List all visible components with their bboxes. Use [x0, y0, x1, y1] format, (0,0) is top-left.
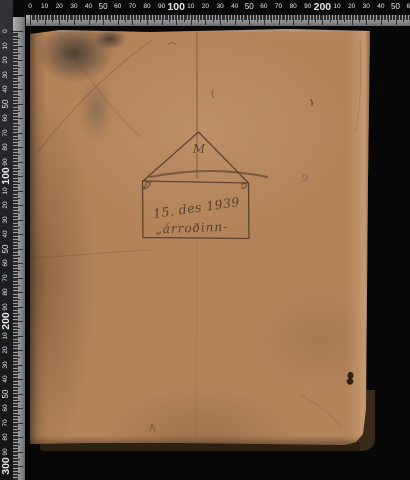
top-ruler-number: 30 — [70, 4, 77, 11]
top-ruler-number: 20 — [348, 4, 355, 11]
left-ruler-number: 40 — [3, 230, 10, 237]
top-ruler-number: 0 — [28, 4, 32, 11]
left-ruler-number: 80 — [3, 143, 10, 150]
title-text: „árroðinn- — [155, 220, 228, 237]
small-pencil-tick — [212, 90, 214, 98]
left-ruler-number: 20 — [3, 56, 10, 63]
top-ruler-number: 30 — [216, 4, 223, 11]
top-ruler-number: 70 — [129, 4, 136, 11]
small-pencil-mark — [150, 424, 155, 431]
left-ruler-number: 30 — [3, 361, 10, 368]
left-ruler-number: 80 — [3, 288, 10, 295]
left-ruler-number: 0 — [3, 29, 10, 33]
ink-blot-bottom — [347, 378, 354, 384]
left-ruler-number: 50 — [2, 244, 10, 253]
right-fold-crease — [356, 40, 361, 130]
left-ruler-number: 90 — [3, 158, 10, 165]
left-ruler-number: 60 — [3, 114, 10, 121]
smudged-line — [150, 171, 267, 177]
top-ruler-number: 30 — [363, 4, 370, 11]
corner-crease — [300, 395, 342, 428]
left-ruler-number: 60 — [3, 404, 10, 411]
left-ruler-number: 50 — [2, 389, 10, 398]
top-ruler-number: 20 — [56, 4, 63, 11]
left-ruler-number: 30 — [3, 216, 10, 223]
left-ruler-number: 10 — [3, 332, 10, 339]
left-ruler-number: 90 — [3, 448, 10, 455]
top-ruler-number: 10 — [41, 4, 48, 11]
top-ruler-number: 40 — [377, 4, 384, 11]
left-ruler-number: 60 — [3, 259, 10, 266]
top-ruler-number: 80 — [143, 4, 150, 11]
left-ruler-number: 20 — [3, 346, 10, 353]
center-fold-crease-lower — [196, 240, 197, 438]
left-ruler-number: 40 — [3, 85, 10, 92]
small-pencil-tick — [168, 43, 176, 45]
top-ruler-number: 200 — [314, 2, 332, 13]
horizontal-crease — [31, 250, 150, 258]
diagonal-crease — [60, 36, 142, 138]
left-ruler-number: 70 — [3, 419, 10, 426]
left-ruler-number: 70 — [3, 274, 10, 281]
left-ruler-number: 70 — [3, 129, 10, 136]
top-ruler-number: 90 — [158, 4, 165, 11]
top-ruler-number: 100 — [167, 2, 185, 13]
left-ruler-number: 10 — [3, 42, 10, 49]
top-ruler-number: 10 — [187, 4, 194, 11]
left-ruler-number: 10 — [3, 187, 10, 194]
top-ruler-number: 10 — [333, 4, 340, 11]
top-ruler-number: 40 — [85, 4, 92, 11]
left-ruler-number: 90 — [3, 303, 10, 310]
left-ruler-number: 300 — [1, 457, 12, 475]
monogram-text: M — [192, 142, 206, 156]
left-ruler-number: 200 — [1, 312, 12, 330]
top-ruler-number: 60 — [260, 4, 267, 11]
top-ruler-number: 70 — [275, 4, 282, 11]
top-ruler-number: 60 — [406, 4, 410, 11]
top-ruler-number: 90 — [304, 4, 311, 11]
left-ruler-number: 40 — [3, 375, 10, 382]
small-dark-mark — [311, 100, 312, 105]
top-ruler-number: 80 — [290, 4, 297, 11]
top-ruler-number: 50 — [99, 3, 108, 11]
left-ruler-number: 100 — [1, 167, 12, 185]
ink-blot-top — [348, 372, 354, 379]
top-ruler-number: 50 — [391, 3, 400, 11]
top-ruler-number: 40 — [231, 4, 238, 11]
left-ruler-number: 80 — [3, 433, 10, 440]
top-ruler-number: 50 — [245, 3, 254, 11]
top-ruler-number: 20 — [202, 4, 209, 11]
left-ruler-number: 50 — [2, 99, 10, 108]
left-ruler-number: 20 — [3, 201, 10, 208]
archival-photo: M 15. des 1939 „árroðinn- 9 010203040506… — [0, 0, 410, 480]
pencil-drawing: M 15. des 1939 „árroðinn- 9 — [0, 0, 410, 480]
date-text: 15. des 1939 — [152, 194, 241, 221]
diagonal-crease — [38, 40, 152, 152]
margin-mark-text: 9 — [300, 172, 309, 186]
top-ruler-number: 60 — [114, 4, 121, 11]
corner-flourish-right — [242, 183, 246, 188]
left-ruler-number: 30 — [3, 71, 10, 78]
